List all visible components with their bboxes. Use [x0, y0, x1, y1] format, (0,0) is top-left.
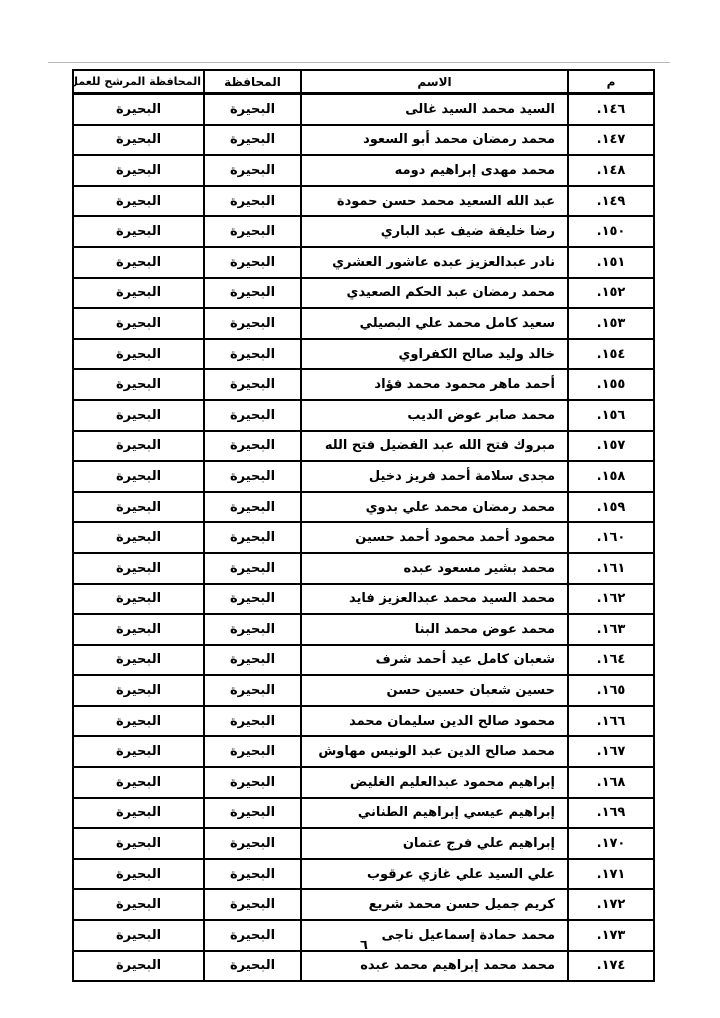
table-row: ١٦٨. إبراهيم محمود عبدالعليم الغليض البح… [73, 767, 654, 798]
cell-governorate: البحيرة [204, 553, 301, 584]
cell-name: علي السيد علي غازي عرقوب [301, 859, 568, 890]
cell-name: خالد وليد صالح الكفراوي [301, 339, 568, 370]
cell-name: شعبان كامل عيد أحمد شرف [301, 645, 568, 676]
cell-governorate: البحيرة [204, 308, 301, 339]
cell-num: ١٦٢. [568, 584, 654, 615]
header-name: الاسم [301, 70, 568, 94]
table-body: ١٤٦. السيد محمد السيد غالى البحيرة البحي… [73, 94, 654, 982]
table-row: ١٦٥. حسين شعبان حسين حسن البحيرة البحيرة [73, 675, 654, 706]
cell-name: محمد رمضان محمد أبو السعود [301, 125, 568, 156]
table-row: ١٥٧. مبروك فتح الله عبد الفضيل فتح الله … [73, 431, 654, 462]
table-row: ١٥٦. محمد صابر عوض الديب البحيرة البحيرة [73, 400, 654, 431]
cell-nominated: البحيرة [73, 400, 204, 431]
table-row: ١٧٤. محمد محمد إبراهيم محمد عبده البحيرة… [73, 951, 654, 982]
table-row: ١٧٢. كريم جميل حسن محمد شريع البحيرة الب… [73, 889, 654, 920]
header-row: م الاسم المحافظة المحافظة المرشح للعمل ب… [73, 70, 654, 94]
table-row: ١٦٠. محمود أحمد محمود أحمد حسين البحيرة … [73, 522, 654, 553]
cell-num: ١٥٨. [568, 461, 654, 492]
cell-nominated: البحيرة [73, 645, 204, 676]
cell-nominated: البحيرة [73, 584, 204, 615]
cell-name: محمد صالح الدين عبد الونيس مهاوش [301, 736, 568, 767]
cell-nominated: البحيرة [73, 553, 204, 584]
cell-nominated: البحيرة [73, 492, 204, 523]
header-governorate: المحافظة [204, 70, 301, 94]
cell-governorate: البحيرة [204, 859, 301, 890]
cell-name: كريم جميل حسن محمد شريع [301, 889, 568, 920]
cell-num: ١٤٨. [568, 155, 654, 186]
cell-num: ١٧١. [568, 859, 654, 890]
cell-name: مجدى سلامة أحمد فريز دخيل [301, 461, 568, 492]
top-divider [48, 62, 670, 63]
cell-num: ١٥٣. [568, 308, 654, 339]
cell-name: محمد بشير مسعود عبده [301, 553, 568, 584]
cell-nominated: البحيرة [73, 767, 204, 798]
cell-nominated: البحيرة [73, 308, 204, 339]
cell-name: أحمد ماهر محمود محمد فؤاد [301, 369, 568, 400]
cell-governorate: البحيرة [204, 584, 301, 615]
cell-num: ١٧٤. [568, 951, 654, 982]
cell-name: محمد محمد إبراهيم محمد عبده [301, 951, 568, 982]
cell-name: محمد مهدى إبراهيم دومه [301, 155, 568, 186]
table-row: ١٥١. نادر عبدالعزيز عبده عاشور العشري ال… [73, 247, 654, 278]
cell-name: محمد رمضان محمد علي بدوي [301, 492, 568, 523]
cell-governorate: البحيرة [204, 216, 301, 247]
cell-governorate: البحيرة [204, 767, 301, 798]
cell-governorate: البحيرة [204, 94, 301, 125]
cell-governorate: البحيرة [204, 492, 301, 523]
cell-num: ١٦٠. [568, 522, 654, 553]
cell-governorate: البحيرة [204, 675, 301, 706]
cell-nominated: البحيرة [73, 951, 204, 982]
cell-name: محمود أحمد محمود أحمد حسين [301, 522, 568, 553]
table-row: ١٤٧. محمد رمضان محمد أبو السعود البحيرة … [73, 125, 654, 156]
cell-num: ١٦٣. [568, 614, 654, 645]
cell-num: ١٥١. [568, 247, 654, 278]
table-row: ١٥٥. أحمد ماهر محمود محمد فؤاد البحيرة ا… [73, 369, 654, 400]
cell-num: ١٦٩. [568, 798, 654, 829]
table-row: ١٦٩. إبراهيم عيسي إبراهيم الطناني البحير… [73, 798, 654, 829]
cell-governorate: البحيرة [204, 461, 301, 492]
cell-num: ١٧٣. [568, 920, 654, 951]
cell-nominated: البحيرة [73, 339, 204, 370]
table-row: ١٥٠. رضا خليفة ضيف عبد الباري البحيرة ال… [73, 216, 654, 247]
table-row: ١٦٤. شعبان كامل عيد أحمد شرف البحيرة الب… [73, 645, 654, 676]
cell-nominated: البحيرة [73, 828, 204, 859]
cell-num: ١٥٤. [568, 339, 654, 370]
cell-name: سعيد كامل محمد علي البصيلي [301, 308, 568, 339]
table-row: ١٤٦. السيد محمد السيد غالى البحيرة البحي… [73, 94, 654, 125]
cell-nominated: البحيرة [73, 675, 204, 706]
header-num: م [568, 70, 654, 94]
cell-governorate: البحيرة [204, 186, 301, 217]
table-header: م الاسم المحافظة المحافظة المرشح للعمل ب… [73, 70, 654, 94]
cell-governorate: البحيرة [204, 706, 301, 737]
cell-nominated: البحيرة [73, 216, 204, 247]
cell-governorate: البحيرة [204, 339, 301, 370]
cell-name: إبراهيم علي فرج عتمان [301, 828, 568, 859]
cell-nominated: البحيرة [73, 369, 204, 400]
cell-name: محمد حمادة إسماعيل ناجى [301, 920, 568, 951]
cell-governorate: البحيرة [204, 522, 301, 553]
cell-nominated: البحيرة [73, 522, 204, 553]
cell-name: رضا خليفة ضيف عبد الباري [301, 216, 568, 247]
cell-name: محمد رمضان عبد الحكم الصعيدي [301, 278, 568, 309]
table-row: ١٧١. علي السيد علي غازي عرقوب البحيرة ال… [73, 859, 654, 890]
table-row: ١٦٦. محمود صالح الدين سليمان محمد البحير… [73, 706, 654, 737]
table-row: ١٥٨. مجدى سلامة أحمد فريز دخيل البحيرة ا… [73, 461, 654, 492]
cell-num: ١٦٧. [568, 736, 654, 767]
table-row: ١٦١. محمد بشير مسعود عبده البحيرة البحير… [73, 553, 654, 584]
cell-num: ١٦٨. [568, 767, 654, 798]
candidates-table: م الاسم المحافظة المحافظة المرشح للعمل ب… [72, 69, 655, 982]
cell-governorate: البحيرة [204, 247, 301, 278]
cell-name: مبروك فتح الله عبد الفضيل فتح الله [301, 431, 568, 462]
table-row: ١٦٢. محمد السيد محمد عبدالعزيز فايد البح… [73, 584, 654, 615]
cell-nominated: البحيرة [73, 798, 204, 829]
cell-num: ١٥٥. [568, 369, 654, 400]
cell-num: ١٤٦. [568, 94, 654, 125]
cell-nominated: البحيرة [73, 125, 204, 156]
cell-name: إبراهيم محمود عبدالعليم الغليض [301, 767, 568, 798]
cell-num: ١٥٢. [568, 278, 654, 309]
cell-num: ١٤٩. [568, 186, 654, 217]
cell-num: ١٤٧. [568, 125, 654, 156]
cell-num: ١٥٩. [568, 492, 654, 523]
cell-num: ١٧٢. [568, 889, 654, 920]
cell-num: ١٧٠. [568, 828, 654, 859]
cell-nominated: البحيرة [73, 461, 204, 492]
cell-name: محمد السيد محمد عبدالعزيز فايد [301, 584, 568, 615]
cell-num: ١٦٥. [568, 675, 654, 706]
cell-name: محمد صابر عوض الديب [301, 400, 568, 431]
cell-nominated: البحيرة [73, 431, 204, 462]
page-number: ٦ [352, 938, 376, 953]
cell-nominated: البحيرة [73, 920, 204, 951]
cell-governorate: البحيرة [204, 798, 301, 829]
cell-nominated: البحيرة [73, 94, 204, 125]
cell-governorate: البحيرة [204, 951, 301, 982]
cell-governorate: البحيرة [204, 431, 301, 462]
cell-governorate: البحيرة [204, 278, 301, 309]
cell-num: ١٥٠. [568, 216, 654, 247]
cell-num: ١٦٦. [568, 706, 654, 737]
cell-governorate: البحيرة [204, 400, 301, 431]
cell-nominated: البحيرة [73, 859, 204, 890]
cell-nominated: البحيرة [73, 278, 204, 309]
cell-governorate: البحيرة [204, 125, 301, 156]
cell-nominated: البحيرة [73, 736, 204, 767]
table-row: ١٦٧. محمد صالح الدين عبد الونيس مهاوش ال… [73, 736, 654, 767]
cell-nominated: البحيرة [73, 706, 204, 737]
cell-name: محمود صالح الدين سليمان محمد [301, 706, 568, 737]
table-row: ١٤٩. عبد الله السعيد محمد حسن حمودة البح… [73, 186, 654, 217]
cell-name: السيد محمد السيد غالى [301, 94, 568, 125]
cell-nominated: البحيرة [73, 614, 204, 645]
cell-governorate: البحيرة [204, 889, 301, 920]
cell-nominated: البحيرة [73, 247, 204, 278]
cell-name: محمد عوض محمد البنا [301, 614, 568, 645]
cell-num: ١٦١. [568, 553, 654, 584]
cell-nominated: البحيرة [73, 889, 204, 920]
cell-governorate: البحيرة [204, 828, 301, 859]
table-row: ١٥٣. سعيد كامل محمد علي البصيلي البحيرة … [73, 308, 654, 339]
cell-name: إبراهيم عيسي إبراهيم الطناني [301, 798, 568, 829]
table-row: ١٥٤. خالد وليد صالح الكفراوي البحيرة الب… [73, 339, 654, 370]
cell-name: حسين شعبان حسين حسن [301, 675, 568, 706]
cell-nominated: البحيرة [73, 155, 204, 186]
cell-name: نادر عبدالعزيز عبده عاشور العشري [301, 247, 568, 278]
cell-governorate: البحيرة [204, 736, 301, 767]
table-row: ١٧٠. إبراهيم علي فرج عتمان البحيرة البحي… [73, 828, 654, 859]
table-row: ١٦٣. محمد عوض محمد البنا البحيرة البحيرة [73, 614, 654, 645]
table-row: ١٥٢. محمد رمضان عبد الحكم الصعيدي البحير… [73, 278, 654, 309]
cell-name: عبد الله السعيد محمد حسن حمودة [301, 186, 568, 217]
table-row: ١٤٨. محمد مهدى إبراهيم دومه البحيرة البح… [73, 155, 654, 186]
cell-num: ١٥٦. [568, 400, 654, 431]
cell-governorate: البحيرة [204, 155, 301, 186]
table-row: ١٥٩. محمد رمضان محمد علي بدوي البحيرة ال… [73, 492, 654, 523]
cell-governorate: البحيرة [204, 369, 301, 400]
cell-num: ١٥٧. [568, 431, 654, 462]
cell-governorate: البحيرة [204, 645, 301, 676]
cell-governorate: البحيرة [204, 614, 301, 645]
document-page: م الاسم المحافظة المحافظة المرشح للعمل ب… [0, 0, 720, 1018]
cell-num: ١٦٤. [568, 645, 654, 676]
header-nominated: المحافظة المرشح للعمل بها [73, 70, 204, 94]
cell-governorate: البحيرة [204, 920, 301, 951]
cell-nominated: البحيرة [73, 186, 204, 217]
